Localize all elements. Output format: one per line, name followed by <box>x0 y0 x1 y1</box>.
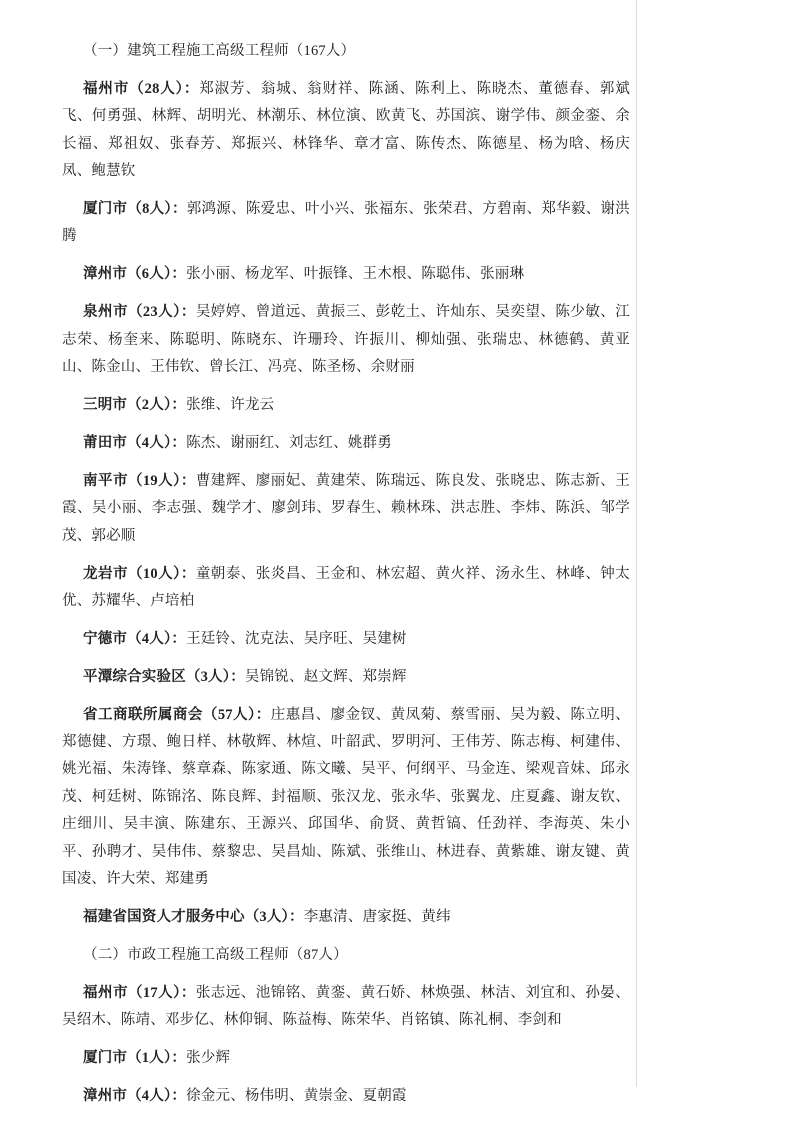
group-names: 陈杰、谢丽红、刘志红、姚群勇 <box>186 435 392 451</box>
group-label: 平潭综合实验区（3人）： <box>83 669 245 685</box>
group-names: 吴锦锐、赵文辉、郑崇辉 <box>245 669 407 685</box>
group-paragraph-sanming-1: 三明市（2人）：张维、许龙云 <box>62 392 630 419</box>
group-paragraph-fuzhou-1: 福州市（28人）：郑淑芳、翁城、翁财祥、陈涵、陈利上、陈晓杰、董德春、郭斌飞、何… <box>62 76 630 186</box>
section-1-heading: （一）建筑工程施工高级工程师（167人） <box>62 38 630 65</box>
group-label: 龙岩市（10人）： <box>83 566 196 582</box>
group-names: 张维、许龙云 <box>186 397 274 413</box>
group-paragraph-gongshanglian-1: 省工商联所属商会（57人）：庄惠昌、廖金钗、黄凤菊、蔡雪丽、吴为毅、陈立明、郑德… <box>62 702 630 894</box>
group-label: 福州市（28人）： <box>83 81 199 97</box>
group-paragraph-pingtan-1: 平潭综合实验区（3人）：吴锦锐、赵文辉、郑崇辉 <box>62 664 630 691</box>
group-paragraph-zhangzhou-1: 漳州市（6人）：张小丽、杨龙军、叶振锋、王木根、陈聪伟、张丽琳 <box>62 261 630 288</box>
group-paragraph-xiamen-2: 厦门市（1人）：张少辉 <box>62 1045 630 1072</box>
group-label: 厦门市（8人）： <box>83 201 187 217</box>
document-content: （一）建筑工程施工高级工程师（167人） 福州市（28人）：郑淑芳、翁城、翁财祥… <box>62 38 630 1110</box>
group-paragraph-quanzhou-1: 泉州市（23人）：吴婷婷、曾道远、黄振三、彭乾土、许灿东、吴奕望、陈少敏、江志荣… <box>62 299 630 381</box>
group-names: 徐金元、杨伟明、黄崇金、夏朝霞 <box>186 1088 407 1104</box>
group-paragraph-ningde-1: 宁德市（4人）：王廷铃、沈克法、吴序旺、吴建树 <box>62 626 630 653</box>
group-paragraph-fuzhou-2: 福州市（17人）：张志远、池锦铭、黄銮、黄石娇、林焕强、林洁、刘宜和、孙晏、吴绍… <box>62 980 630 1035</box>
group-label: 莆田市（4人）： <box>83 435 186 451</box>
text-frame-border-line <box>636 0 637 1087</box>
group-names: 张小丽、杨龙军、叶振锋、王木根、陈聪伟、张丽琳 <box>186 266 524 282</box>
group-names: 李惠清、唐家挺、黄纬 <box>304 909 451 925</box>
group-label: 泉州市（23人）： <box>83 304 196 320</box>
group-names: 张少辉 <box>186 1050 230 1066</box>
group-paragraph-guozi-center-1: 福建省国资人才服务中心（3人）：李惠清、唐家挺、黄纬 <box>62 904 630 931</box>
group-paragraph-zhangzhou-2: 漳州市（4人）：徐金元、杨伟明、黄崇金、夏朝霞 <box>62 1083 630 1110</box>
group-label: 漳州市（4人）： <box>83 1088 186 1104</box>
group-label: 三明市（2人）： <box>83 397 186 413</box>
group-label: 南平市（19人）： <box>83 473 196 489</box>
group-paragraph-longyan-1: 龙岩市（10人）：童朝泰、张炎昌、王金和、林宏超、黄火祥、汤永生、林峰、钟太优、… <box>62 561 630 616</box>
group-label: 福建省国资人才服务中心（3人）： <box>83 909 304 925</box>
group-label: 宁德市（4人）： <box>83 631 186 647</box>
group-paragraph-xiamen-1: 厦门市（8人）：郭鸿源、陈爱忠、叶小兴、张福东、张荣君、方碧南、郑华毅、谢洪腾 <box>62 196 630 251</box>
group-names: 王廷铃、沈克法、吴序旺、吴建树 <box>186 631 407 647</box>
group-paragraph-nanping-1: 南平市（19人）：曹建辉、廖丽妃、黄建荣、陈瑞远、陈良发、张晓忠、陈志新、王霞、… <box>62 468 630 550</box>
group-label: 省工商联所属商会（57人）： <box>83 707 271 723</box>
group-names: 庄惠昌、廖金钗、黄凤菊、蔡雪丽、吴为毅、陈立明、郑德健、方璟、鲍日样、林敬辉、林… <box>62 707 630 887</box>
group-paragraph-putian-1: 莆田市（4人）：陈杰、谢丽红、刘志红、姚群勇 <box>62 430 630 457</box>
group-label: 福州市（17人）： <box>83 985 196 1001</box>
group-label: 漳州市（6人）： <box>83 266 186 282</box>
document-page: （一）建筑工程施工高级工程师（167人） 福州市（28人）：郑淑芳、翁城、翁财祥… <box>0 0 794 1123</box>
section-2-heading: （二）市政工程施工高级工程师（87人） <box>62 942 630 969</box>
group-label: 厦门市（1人）： <box>83 1050 186 1066</box>
